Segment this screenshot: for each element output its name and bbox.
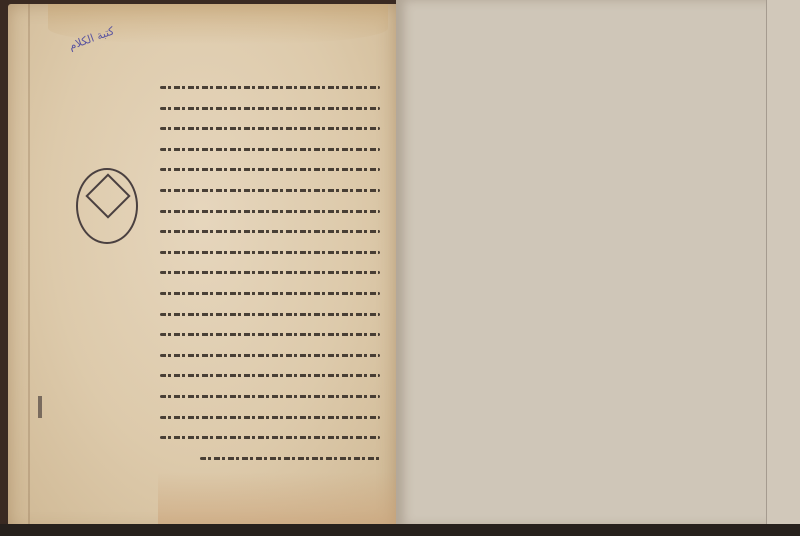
handwritten-script [160,395,380,398]
text-line [160,100,380,121]
text-line [160,264,380,285]
handwritten-script [160,313,380,316]
book-edge [0,524,800,536]
handwritten-script [160,436,380,439]
handwritten-script [160,168,380,171]
text-line [160,285,380,306]
text-line [160,409,380,430]
handwritten-script [160,230,380,233]
handwritten-script [200,457,380,460]
handwritten-script [160,416,380,419]
handwritten-script [160,107,380,110]
text-line [160,141,380,162]
handwritten-script [160,374,380,377]
text-line [160,367,380,388]
text-line [160,306,380,327]
text-line [160,120,380,141]
left-page: كتبة الكلام [8,4,396,532]
text-line [160,388,380,409]
handwritten-script [160,354,380,357]
page-edge [28,4,30,532]
manuscript-spread: كتبة الكلام [0,0,800,536]
text-line [160,244,380,265]
handwritten-script [160,148,380,151]
text-line [160,326,380,347]
page-fold [766,0,800,526]
text-line [160,203,380,224]
handwritten-script [160,127,380,130]
text-line [160,79,380,100]
seal-star-icon [85,173,130,218]
handwritten-script [160,292,380,295]
ownership-seal-icon [76,168,138,244]
text-line [160,347,380,368]
handwritten-script [160,333,380,336]
handwritten-script [160,210,380,213]
text-line [160,223,380,244]
text-line [160,450,380,471]
text-line [160,161,380,182]
handwritten-script [160,251,380,254]
text-line [160,182,380,203]
margin-mark [38,396,42,418]
handwritten-script [160,86,380,89]
water-stain-bottom [158,472,396,532]
text-line [160,429,380,450]
handwritten-script [160,189,380,192]
manuscript-text-block [160,79,380,470]
right-page-blank [396,0,800,526]
handwritten-script [160,271,380,274]
